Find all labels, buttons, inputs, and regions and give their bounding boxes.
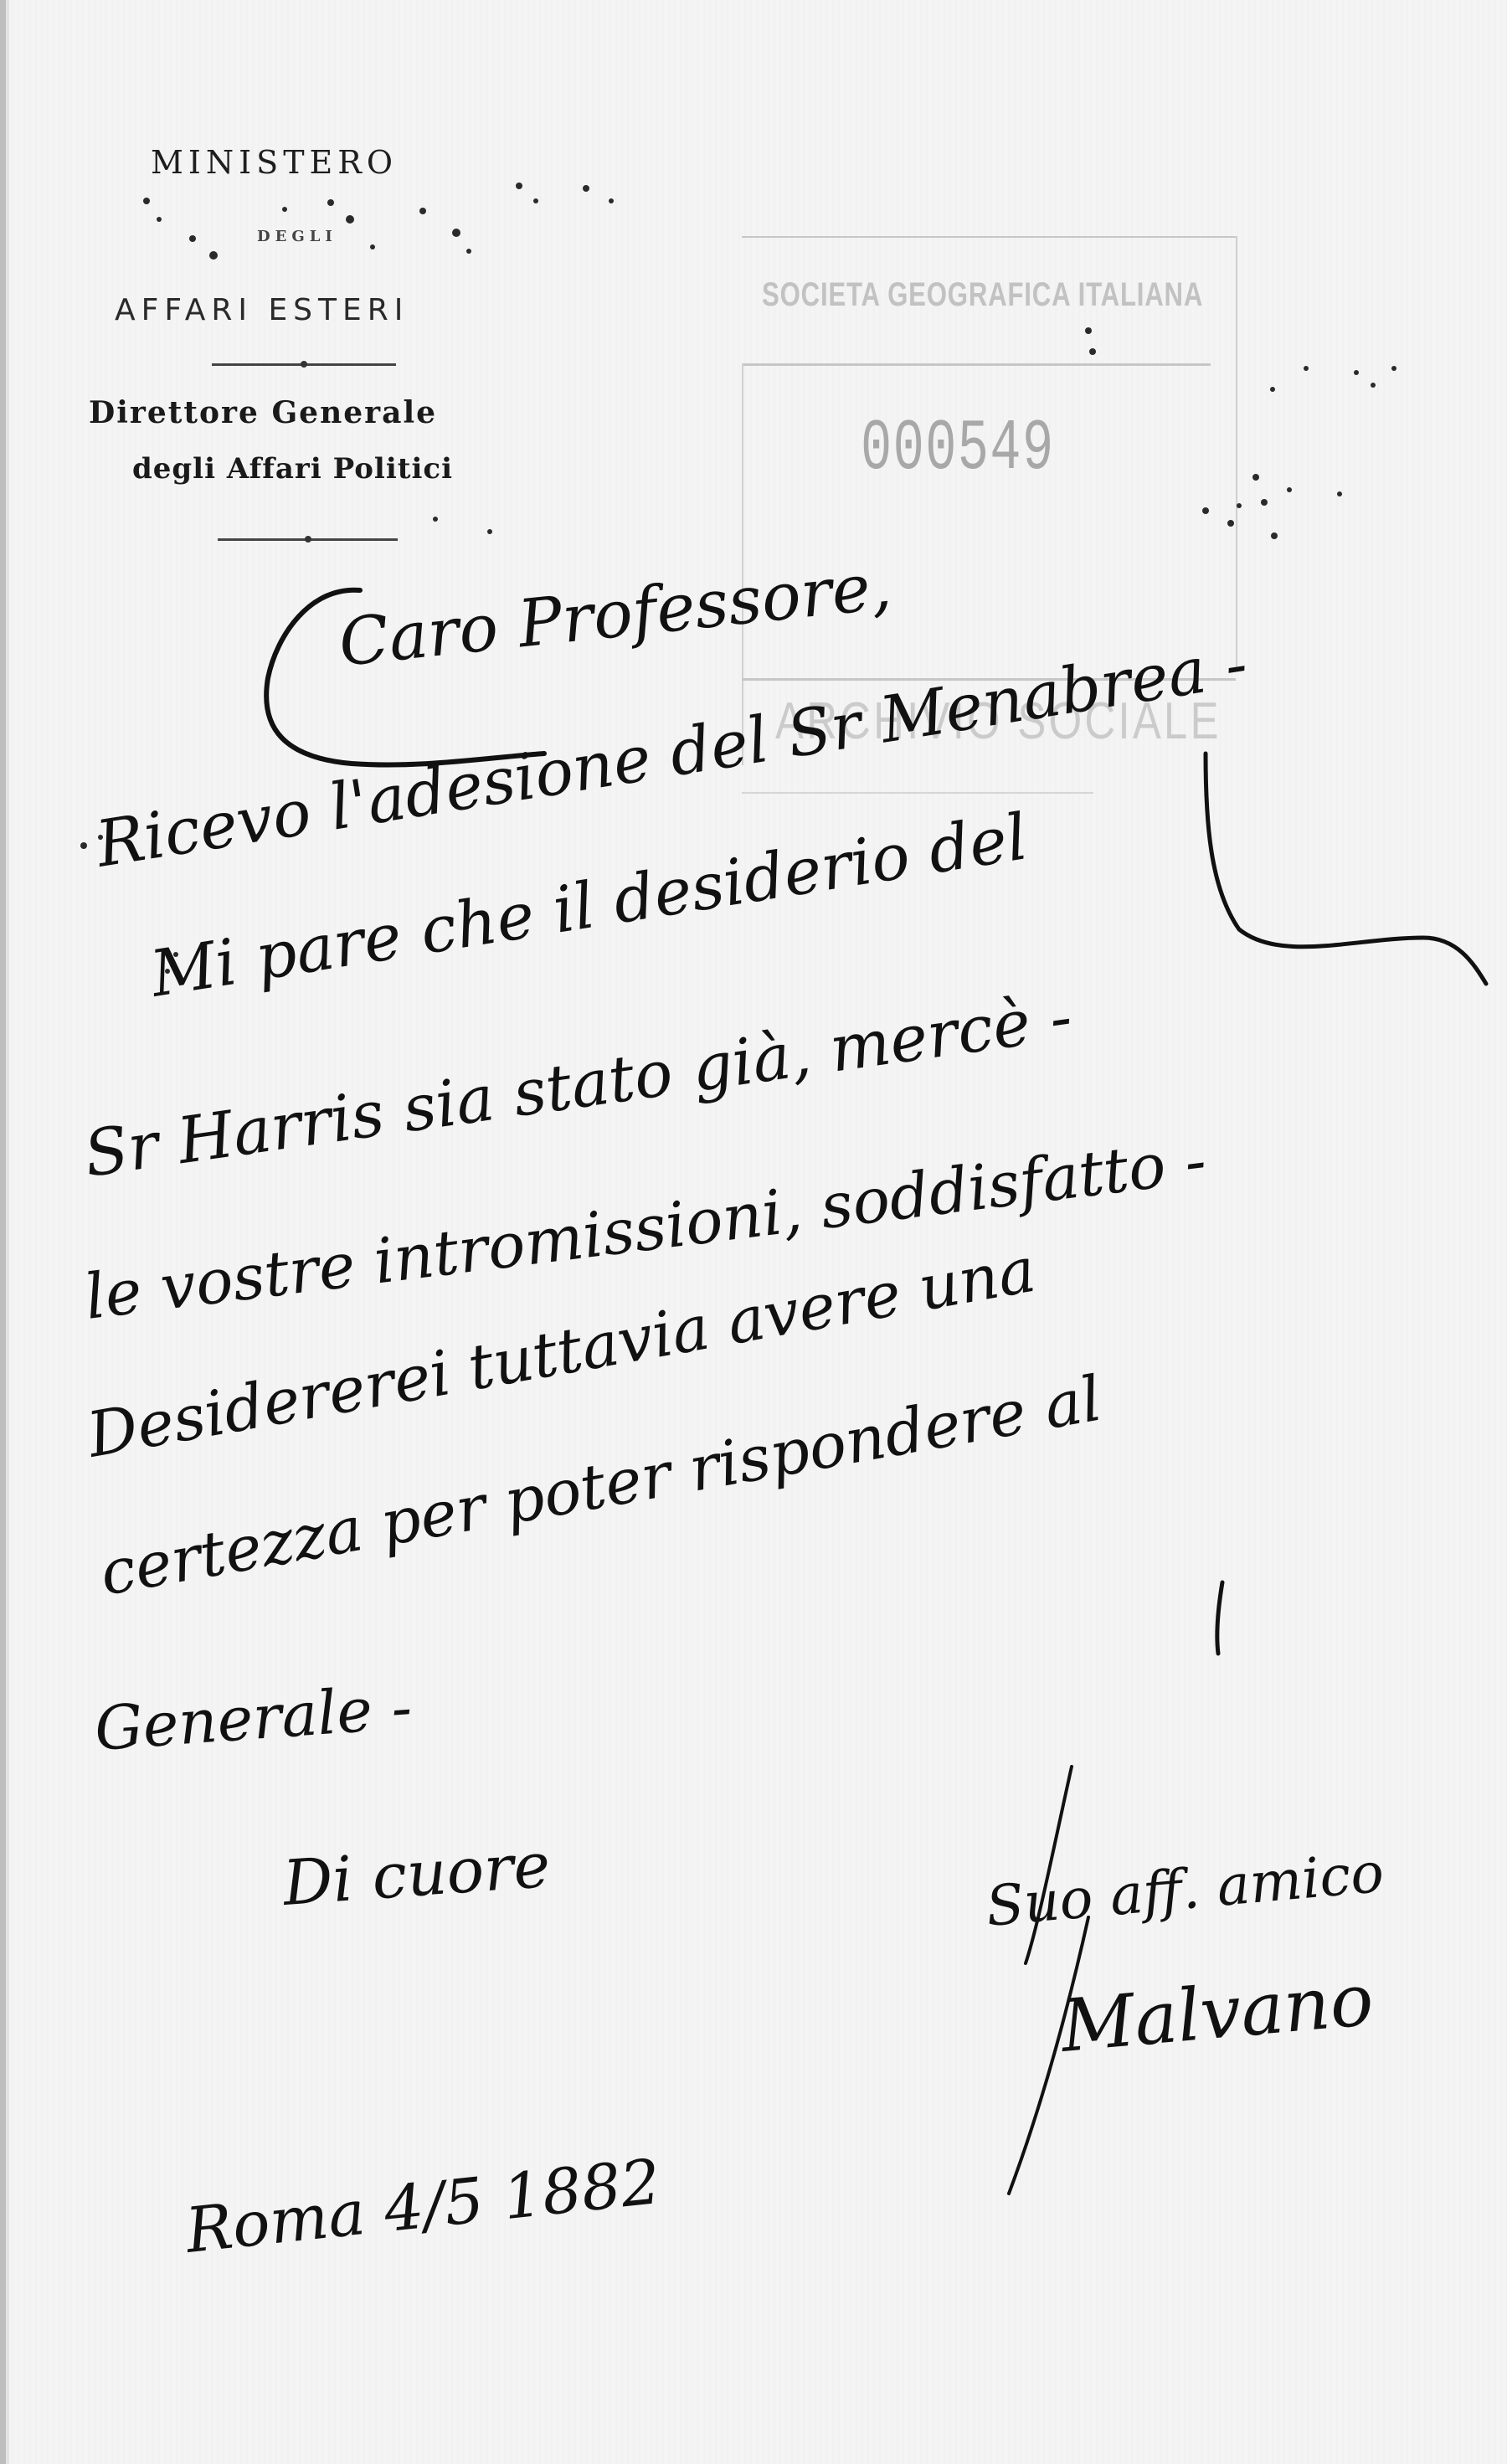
letter-date: Roma 4/5 1882 [181,2146,664,2267]
letter-page: MINISTERO DEGLI AFFARI ESTERI Direttore … [0,0,1507,2464]
body-line-7: Generale - [92,1672,414,1764]
closing-text: Di cuore [279,1829,553,1920]
body-line-1: Ricevo l'adesione del Sr Menabrea - [90,625,1252,882]
handwritten-letter: Caro Professore, Ricevo l'adesione del S… [0,0,1507,2464]
signature-name: Malvano [1056,1958,1376,2069]
signature-block: Suo aff. amico Malvano [984,1767,1386,2194]
signature-salutation: Suo aff. amico [984,1840,1386,1939]
salutation-text: Caro Professore, [336,548,895,682]
letter-body: Ricevo l'adesione del Sr Menabrea - Mi p… [80,625,1486,1764]
